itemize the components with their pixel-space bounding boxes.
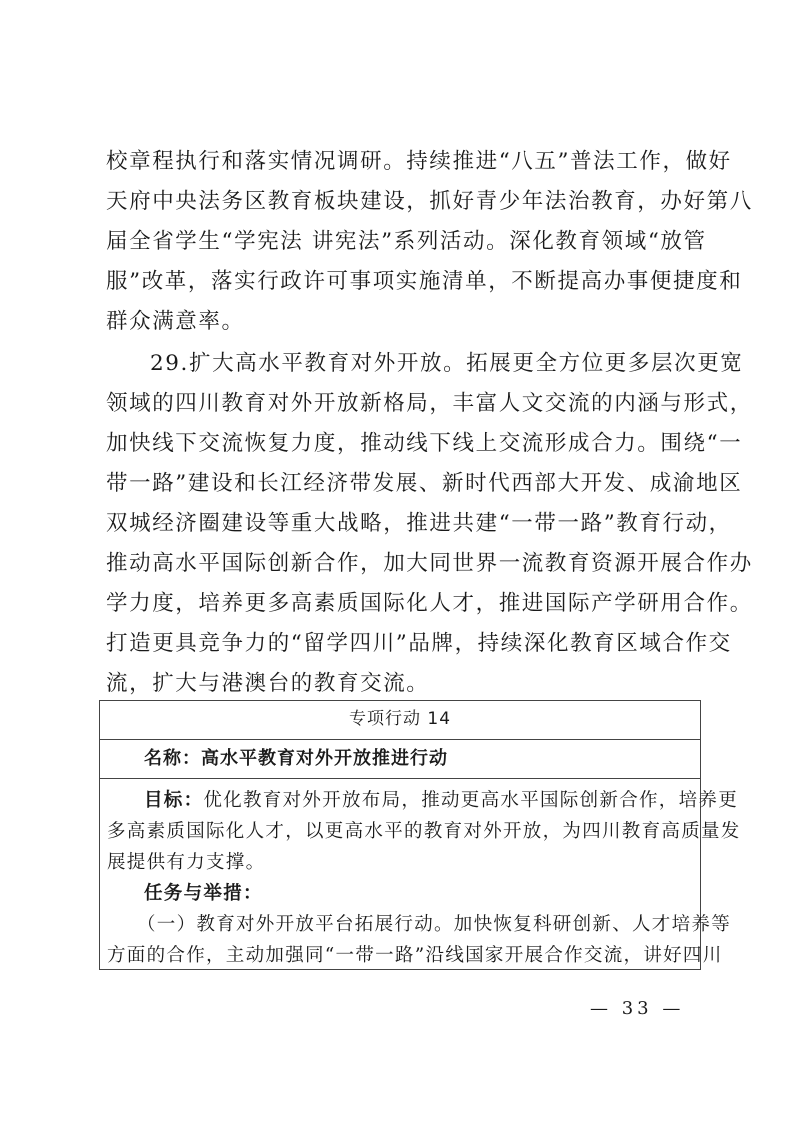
name-label: 名称： <box>144 748 201 769</box>
text-line: 推动高水平国际创新合作，加大同世界一流教育资源开展合作办 <box>106 544 698 584</box>
paragraph-law-education: 校章程执行和落实情况调研。持续推进“八五”普法工作，做好 天府中央法务区教育板块… <box>106 142 698 342</box>
text-line: 群众满意率。 <box>106 302 698 342</box>
text-line: 届全省学生“学宪法 讲宪法”系列活动。深化教育领域“放管 <box>106 222 698 262</box>
action-box-content: 目标：优化教育对外开放布局，推动更高水平国际创新合作，培养更 多高素质国际化人才… <box>100 779 700 971</box>
text-line: 流，扩大与港澳台的教育交流。 <box>106 664 698 704</box>
goal-line: 多高素质国际化人才，以更高水平的教育对外开放，为四川教育高质量发 <box>107 816 694 847</box>
name-value: 高水平教育对外开放推进行动 <box>201 748 448 769</box>
action-box-name-row: 名称：高水平教育对外开放推进行动 <box>100 740 700 779</box>
section-heading-line: 29.扩大高水平教育对外开放。拓展更全方位更多层次更宽 <box>106 344 698 384</box>
action-box-title: 专项行动 14 <box>100 701 700 740</box>
goal-label: 目标： <box>144 790 203 811</box>
text-line: 学力度，培养更多高素质国际化人才，推进国际产学研用合作。 <box>106 584 698 624</box>
text-line: 双城经济圈建设等重大战略，推进共建“一带一路”教育行动， <box>106 504 698 544</box>
tasks-label: 任务与举措： <box>107 878 694 909</box>
text-line: 加快线下交流恢复力度，推动线下线上交流形成合力。围绕“一 <box>106 424 698 464</box>
document-page: 校章程执行和落实情况调研。持续推进“八五”普法工作，做好 天府中央法务区教育板块… <box>0 0 793 1122</box>
paragraph-29-opening-up: 29.扩大高水平教育对外开放。拓展更全方位更多层次更宽 领域的四川教育对外开放新… <box>106 344 698 704</box>
text-line: 打造更具竞争力的“留学四川”品牌，持续深化教育区域合作交 <box>106 624 698 664</box>
task-line: （一）教育对外开放平台拓展行动。加快恢复科研创新、人才培养等 <box>107 909 694 940</box>
goal-line: 目标：优化教育对外开放布局，推动更高水平国际创新合作，培养更 <box>107 785 694 816</box>
goal-text: 优化教育对外开放布局，推动更高水平国际创新合作，培养更 <box>203 790 738 811</box>
text-line: 服”改革，落实行政许可事项实施清单，不断提高办事便捷度和 <box>106 262 698 302</box>
text-line: 校章程执行和落实情况调研。持续推进“八五”普法工作，做好 <box>106 142 698 182</box>
goal-line: 展提供有力支撑。 <box>107 847 694 878</box>
task-line: 方面的合作，主动加强同“一带一路”沿线国家开展合作交流，讲好四川 <box>107 940 694 971</box>
special-action-box: 专项行动 14 名称：高水平教育对外开放推进行动 目标：优化教育对外开放布局，推… <box>99 700 701 970</box>
page-number: — 33 — <box>590 998 684 1019</box>
text-line: 天府中央法务区教育板块建设，抓好青少年法治教育，办好第八 <box>106 182 698 222</box>
text-line: 领域的四川教育对外开放新格局，丰富人文交流的内涵与形式， <box>106 384 698 424</box>
text-line: 带一路”建设和长江经济带发展、新时代西部大开发、成渝地区 <box>106 464 698 504</box>
